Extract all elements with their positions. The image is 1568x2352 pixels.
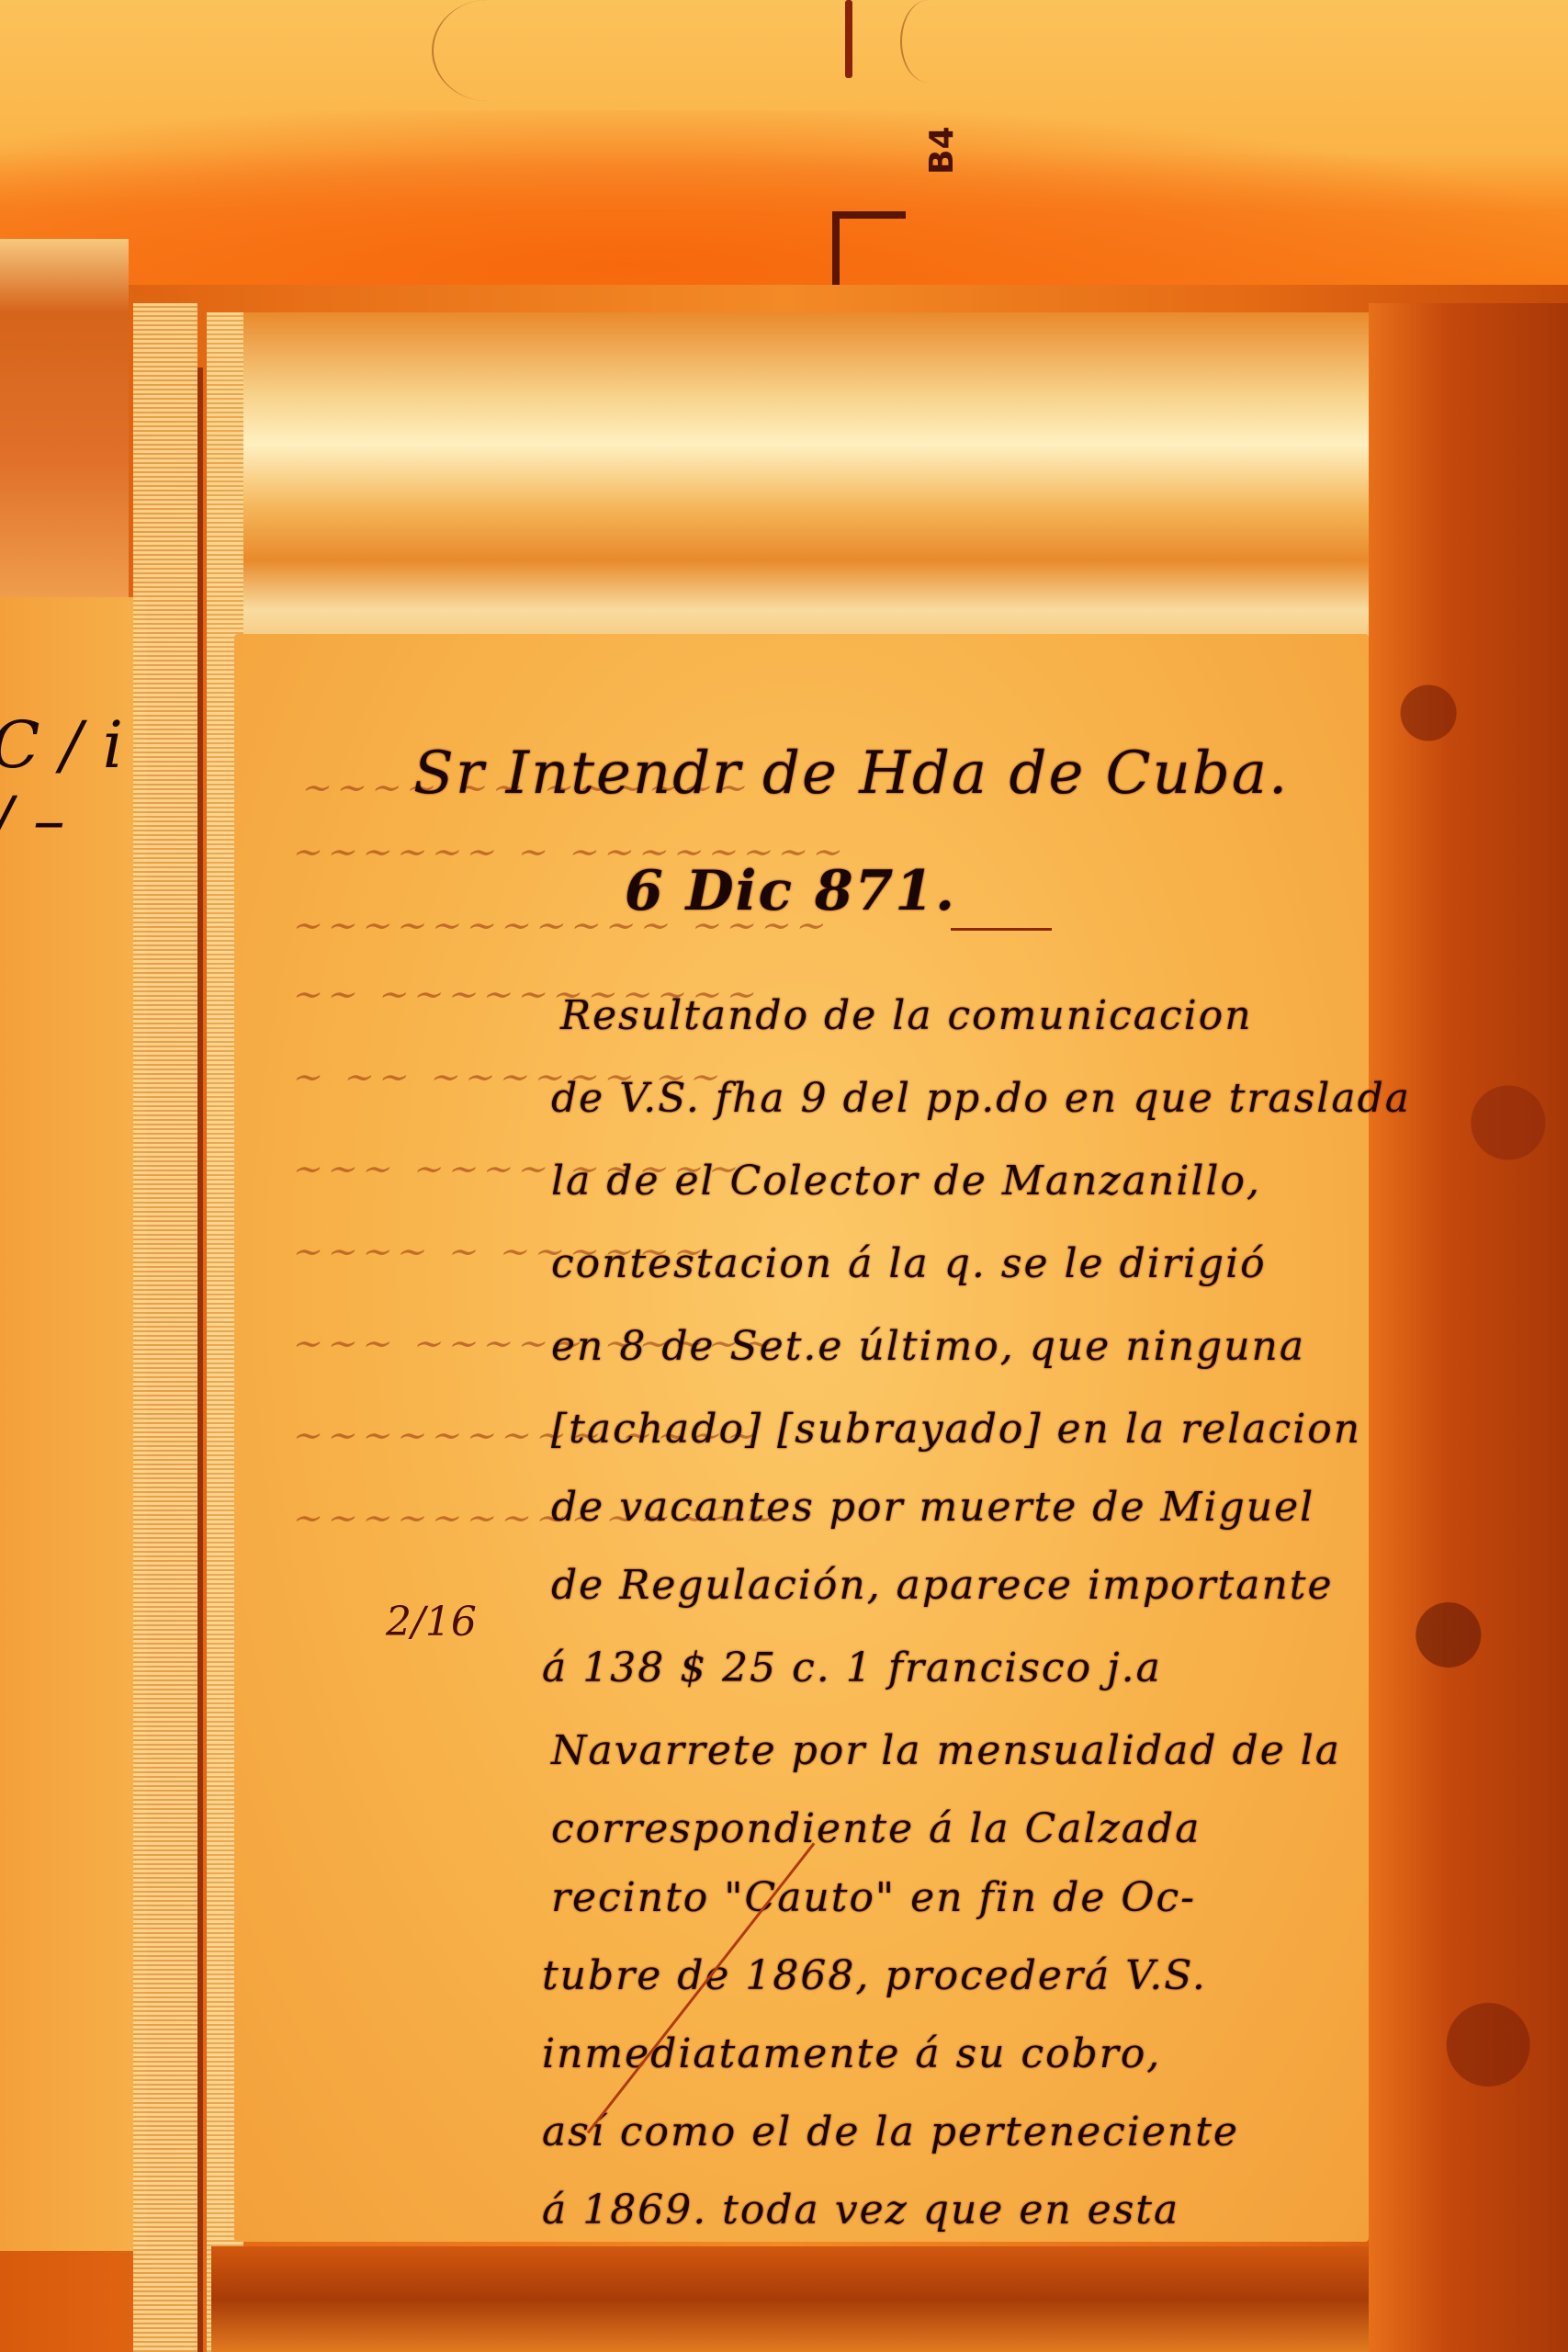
document-line: de Regulación, aparece importante (551, 1562, 1334, 1609)
document-line: contestacion á la q. se le dirigió (551, 1240, 1267, 1287)
document-heading: Sr Intendr de Hda de Cuba. (413, 740, 1289, 808)
crop-mark-icon (832, 211, 906, 219)
left-cover-fragment (0, 239, 129, 606)
spine-shadow (197, 367, 203, 2352)
document-line: así como el de la perteneciente (542, 2109, 1239, 2155)
document-line: á 1869. toda vez que en esta (542, 2187, 1179, 2233)
document-line: [tachado] [subrayado] en la relacion (551, 1406, 1361, 1453)
document-line: á 138 $ 25 c. 1 francisco j.a (542, 1645, 1162, 1691)
sheet-label: B4 (923, 127, 961, 175)
document-line: tubre de 1868, procederá V.S. (542, 1952, 1207, 1999)
document-line: de vacantes por muerte de Miguel (551, 1484, 1314, 1531)
leather-cover-right (1369, 303, 1568, 2352)
date-underline (951, 928, 1052, 931)
margin-note: 2/16 (386, 1599, 477, 1645)
binding-gauze (133, 303, 197, 2352)
page-bottom-edge (211, 2246, 1369, 2352)
ruler-mark (845, 0, 852, 78)
document-line: recinto "Cauto" en fin de Oc- (551, 1874, 1196, 1921)
hair-fiber (900, 0, 957, 83)
stained-page-top (230, 312, 1378, 643)
left-page-text: C / i / – (0, 707, 147, 858)
document-line: correspondiente á la Calzada (551, 1805, 1201, 1852)
document-line: Navarrete por la mensualidad de la (551, 1727, 1341, 1774)
document-date: 6 Dic 871. (625, 859, 956, 923)
crop-mark-icon (832, 211, 840, 285)
left-page: C / i / – (0, 597, 147, 2251)
document-line: de V.S. fha 9 del pp.do en que traslada (551, 1075, 1411, 1122)
document-line: en 8 de Set.e último, que ninguna (551, 1323, 1305, 1370)
hair-fiber (432, 0, 544, 101)
document-line: Resultando de la comunicacion (560, 992, 1253, 1039)
document-line: la de el Colector de Manzanillo, (551, 1158, 1261, 1204)
